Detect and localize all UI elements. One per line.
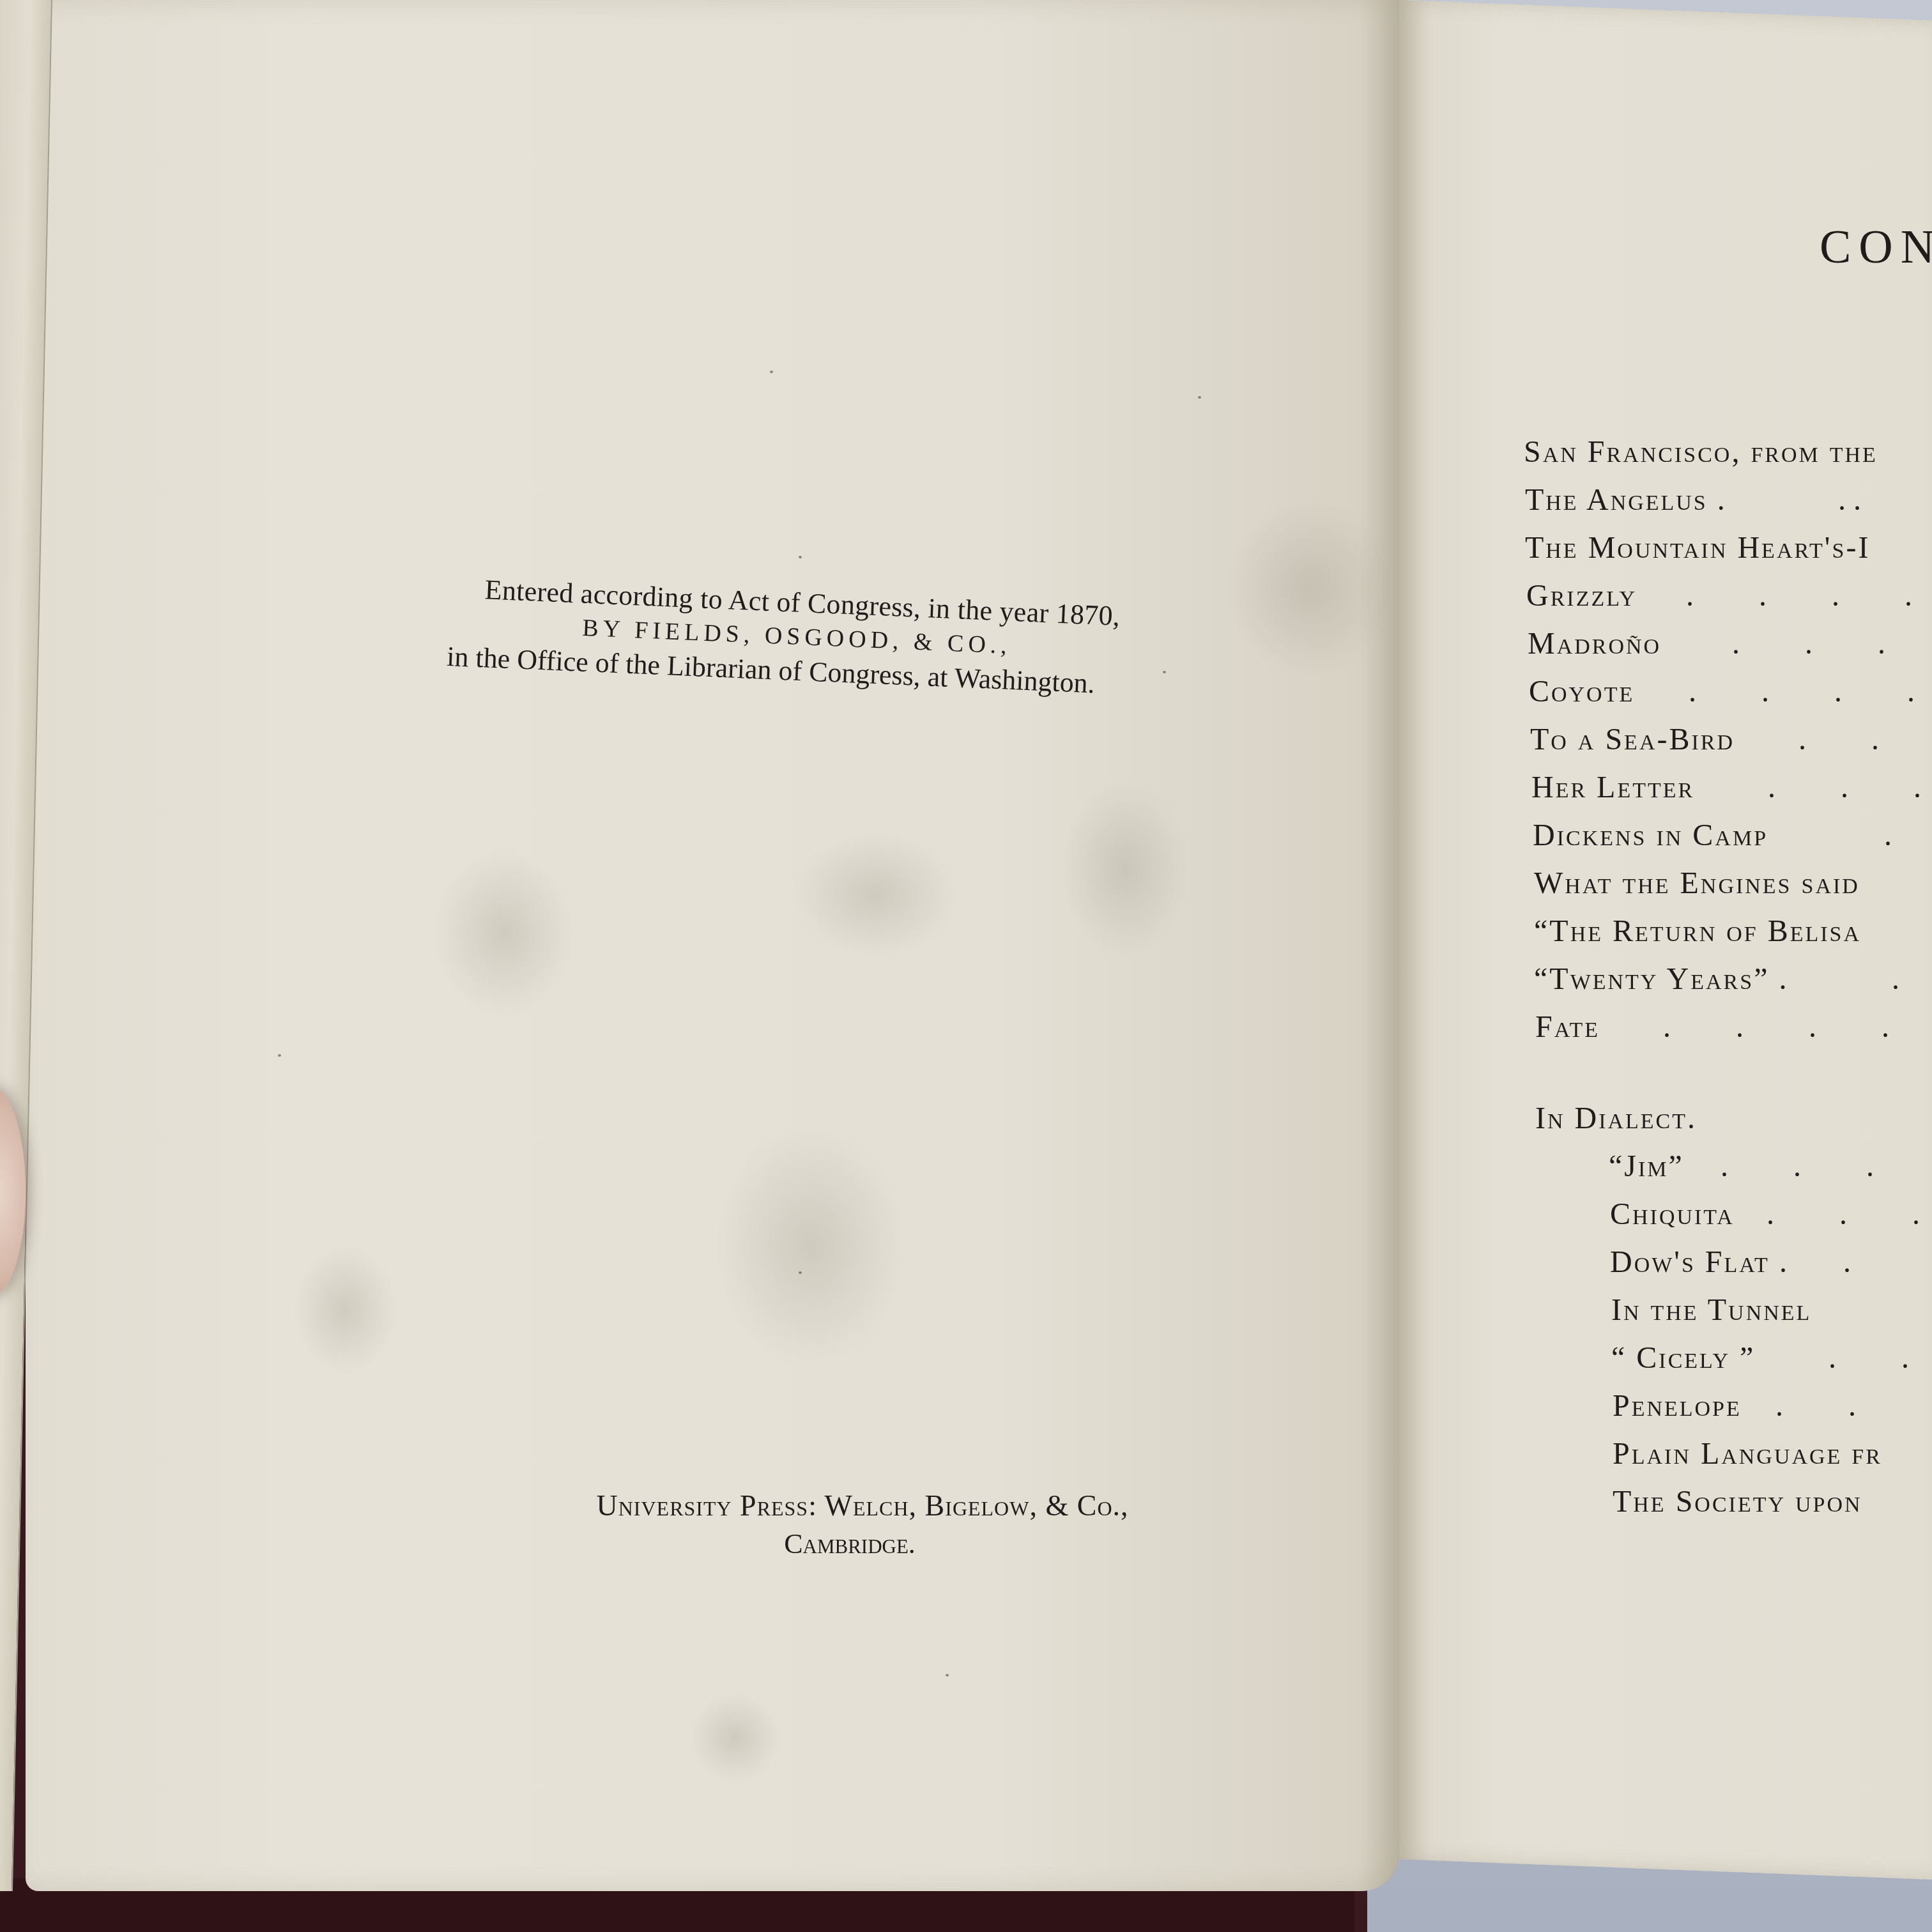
toc-entry-title: Dow's Flat . bbox=[1610, 1245, 1789, 1279]
toc-entry-title: To a Sea-Bird bbox=[1530, 723, 1735, 756]
contents-title: CON bbox=[1820, 220, 1932, 275]
toc-entry-title: The Mountain Heart's-I bbox=[1525, 531, 1870, 565]
printer-imprint: University Press: Welch, Bigelow, & Co.,… bbox=[495, 1489, 1230, 1560]
leader-dots: . . . bbox=[1732, 626, 1885, 661]
imprint-city: Cambridge. bbox=[470, 1528, 1230, 1560]
leader-dots: . . . bbox=[1721, 1149, 1874, 1184]
toc-entry: Penelope. . bbox=[1539, 1388, 1932, 1436]
toc-entry: The Angelus .. . bbox=[1525, 482, 1932, 530]
toc-entry: Dow's Flat .. bbox=[1537, 1245, 1932, 1292]
leader-dots: . bbox=[1892, 962, 1899, 997]
left-page bbox=[26, 0, 1399, 1891]
toc-entry: Fate. . . . bbox=[1535, 1009, 1932, 1057]
toc-entry: Madroño. . . bbox=[1528, 626, 1932, 674]
leader-dots: . bbox=[1843, 1245, 1851, 1280]
toc-entry: “Jim”. . . bbox=[1535, 1149, 1932, 1197]
leader-dots: . . . . bbox=[1663, 1009, 1889, 1045]
toc-entry: What the Engines said bbox=[1534, 866, 1932, 914]
toc-entry: In the Tunnel bbox=[1538, 1292, 1932, 1340]
toc-entry: Chiquita. . . bbox=[1537, 1197, 1932, 1245]
toc-entry: “The Return of Belisa bbox=[1534, 914, 1932, 962]
toc-entry-title: In the Tunnel bbox=[1611, 1293, 1811, 1327]
toc-entry-title: Plain Language fr bbox=[1613, 1437, 1882, 1471]
leader-dots: . . . . bbox=[1686, 578, 1912, 613]
toc-entry-title: The Society upon bbox=[1613, 1485, 1862, 1519]
toc-entry-title: “ Cicely ” bbox=[1611, 1341, 1755, 1375]
leader-dots: . . bbox=[1798, 722, 1879, 757]
toc-entry: Dickens in Camp. bbox=[1533, 818, 1932, 866]
book-photo: Entered according to Act of Congress, in… bbox=[0, 0, 1932, 1932]
toc-entry: The Society upon bbox=[1539, 1484, 1932, 1532]
table-of-contents: San Francisco, from the The Angelus .. .… bbox=[1524, 434, 1932, 1532]
toc-entry-title: Fate bbox=[1535, 1010, 1600, 1044]
leader-dots: . bbox=[1884, 818, 1892, 853]
leader-dots: . . bbox=[1775, 1388, 1856, 1423]
toc-entry-title: What the Engines said bbox=[1534, 866, 1860, 900]
toc-entry: Her Letter. . . bbox=[1531, 770, 1932, 818]
section-heading-text: In Dialect. bbox=[1535, 1101, 1697, 1135]
leader-dots: . . . bbox=[1767, 1197, 1920, 1232]
toc-entry-title: Her Letter bbox=[1531, 770, 1694, 804]
toc-entry-title: Chiquita bbox=[1610, 1197, 1735, 1231]
toc-entry: “Twenty Years” .. bbox=[1534, 962, 1932, 1009]
toc-entry: To a Sea-Bird. . bbox=[1530, 722, 1932, 770]
toc-entry: Coyote. . . . bbox=[1529, 674, 1932, 722]
toc-section-heading: In Dialect. bbox=[1535, 1101, 1932, 1149]
toc-entry-title: Coyote bbox=[1529, 675, 1634, 709]
toc-entry-title: Madroño bbox=[1528, 627, 1661, 661]
toc-entry-title: “The Return of Belisa bbox=[1534, 914, 1861, 948]
toc-entry: The Mountain Heart's-I bbox=[1525, 530, 1932, 578]
leader-dots: . . . bbox=[1768, 770, 1921, 805]
imprint-printer: University Press: Welch, Bigelow, & Co., bbox=[495, 1489, 1230, 1522]
toc-entry-title: “Twenty Years” . bbox=[1534, 962, 1788, 996]
toc-entry: “ Cicely ”. . bbox=[1538, 1340, 1932, 1388]
toc-entry-title: Penelope bbox=[1613, 1389, 1742, 1423]
toc-entry: Grizzly. . . . bbox=[1526, 578, 1932, 626]
toc-entry: Plain Language fr bbox=[1539, 1436, 1932, 1484]
toc-entry-title: San Francisco, from the bbox=[1524, 435, 1878, 469]
leader-dots: . . bbox=[1838, 482, 1861, 517]
toc-entry-title: Dickens in Camp bbox=[1533, 818, 1768, 852]
leader-dots: . . . . bbox=[1689, 674, 1915, 709]
leader-dots: . . bbox=[1828, 1340, 1909, 1376]
toc-entry-title: The Angelus . bbox=[1525, 483, 1727, 517]
toc-entry-title: “Jim” bbox=[1609, 1149, 1684, 1183]
toc-section-in-dialect: In Dialect. “Jim”. . . Chiquita. . . Dow… bbox=[1524, 1101, 1932, 1532]
toc-entry-title: Grizzly bbox=[1526, 579, 1637, 613]
toc-entry: San Francisco, from the bbox=[1524, 434, 1932, 482]
